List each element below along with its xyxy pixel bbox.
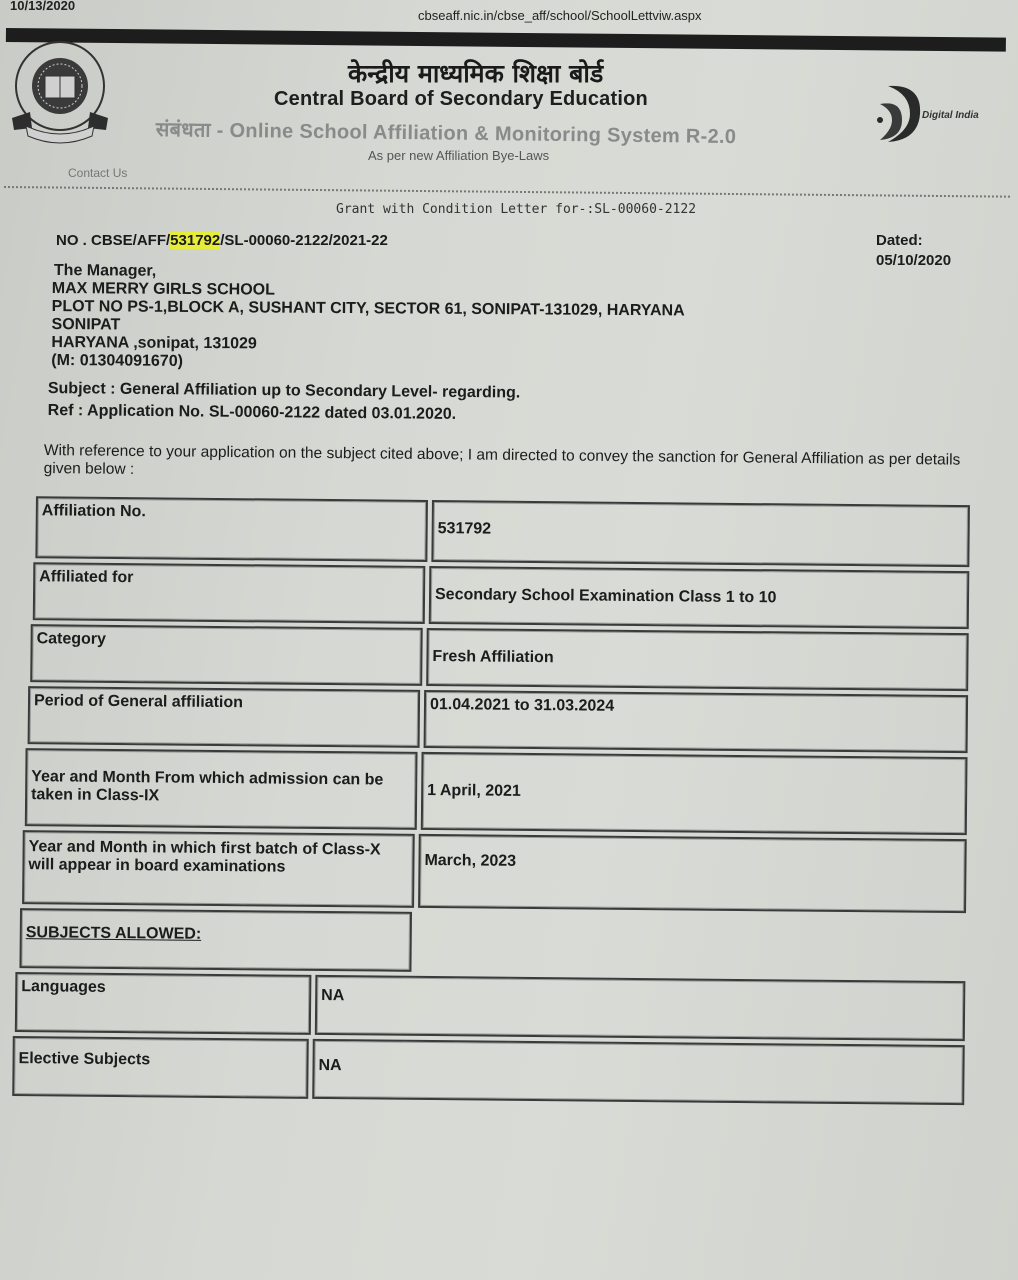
address-line: (M: 01304091670) xyxy=(51,352,684,374)
ref-highlight: 531792 xyxy=(170,232,220,249)
ref-prefix: NO . CBSE/AFF/ xyxy=(56,232,170,249)
table-row: Elective Subjects NA xyxy=(8,1034,967,1107)
recipient-address: The Manager, MAX MERRY GIRLS SCHOOL PLOT… xyxy=(51,262,685,374)
row-value: NA xyxy=(312,1039,965,1105)
row-value: Secondary School Examination Class 1 to … xyxy=(429,566,970,629)
header-bar xyxy=(6,28,1006,52)
row-label: Affiliation No. xyxy=(35,496,428,562)
system-title-hindi: संबंधता xyxy=(156,117,211,142)
table-row: Affiliation No. 531792 xyxy=(13,494,972,569)
board-title-english: Central Board of Secondary Education xyxy=(274,88,648,111)
byelaws-note: As per new Affiliation Bye-Laws xyxy=(368,148,549,163)
table-row: Languages NA xyxy=(9,970,968,1043)
row-value: March, 2023 xyxy=(418,834,967,913)
row-label: Elective Subjects xyxy=(12,1036,309,1099)
row-value: 531792 xyxy=(431,500,970,567)
system-title: संबंधता - Online School Affiliation & Mo… xyxy=(156,115,737,149)
table-row: Affiliated for Secondary School Examinat… xyxy=(13,560,972,631)
row-label: Year and Month From which admission can … xyxy=(25,748,418,830)
digital-india-text: Digital India xyxy=(922,110,979,121)
contact-us-link[interactable]: Contact Us xyxy=(68,166,127,180)
table-row: Category Fresh Affiliation xyxy=(12,622,971,693)
print-date: 10/13/2020 xyxy=(10,0,75,13)
row-label: Category xyxy=(30,624,423,686)
subjects-heading-row: SUBJECTS ALLOWED: xyxy=(9,906,968,979)
ref-suffix: /SL-00060-2122/2021-22 xyxy=(220,232,388,249)
dated-label: Dated: xyxy=(876,232,923,249)
dated-value: 05/10/2020 xyxy=(876,252,951,269)
row-value: 01.04.2021 to 31.03.2024 xyxy=(424,690,969,753)
table-row: Period of General affiliation 01.04.2021… xyxy=(12,684,971,755)
row-value: Fresh Affiliation xyxy=(426,628,969,691)
row-value: 1 April, 2021 xyxy=(421,752,968,835)
grant-letter-title: Grant with Condition Letter for-:SL-0006… xyxy=(336,202,696,217)
row-label: Period of General affiliation xyxy=(28,686,421,748)
row-value: NA xyxy=(315,975,966,1041)
row-label: Affiliated for xyxy=(33,562,426,624)
letter-ref: Ref : Application No. SL-00060-2122 date… xyxy=(48,400,521,427)
table-row: Year and Month in which first batch of C… xyxy=(10,828,969,915)
system-title-english: - Online School Affiliation & Monitoring… xyxy=(211,120,737,148)
table-row: Year and Month From which admission can … xyxy=(11,746,970,837)
intro-paragraph: With reference to your application on th… xyxy=(44,442,974,488)
affiliation-details-table: Affiliation No. 531792 Affiliated for Se… xyxy=(8,494,972,1107)
reference-number: NO . CBSE/AFF/531792/SL-00060-2122/2021-… xyxy=(56,232,388,249)
letter-subject-block: Subject : General Affiliation up to Seco… xyxy=(48,378,521,427)
board-title-hindi: केन्द्रीय माध्यमिक शिक्षा बोर्ड xyxy=(348,56,603,90)
row-label: Languages xyxy=(15,972,312,1035)
cbse-emblem-icon xyxy=(8,36,112,144)
print-url: cbseaff.nic.in/cbse_aff/school/SchoolLet… xyxy=(418,8,702,23)
row-label: Year and Month in which first batch of C… xyxy=(22,830,415,908)
header-divider xyxy=(4,186,1010,198)
subjects-heading: SUBJECTS ALLOWED: xyxy=(26,924,202,943)
